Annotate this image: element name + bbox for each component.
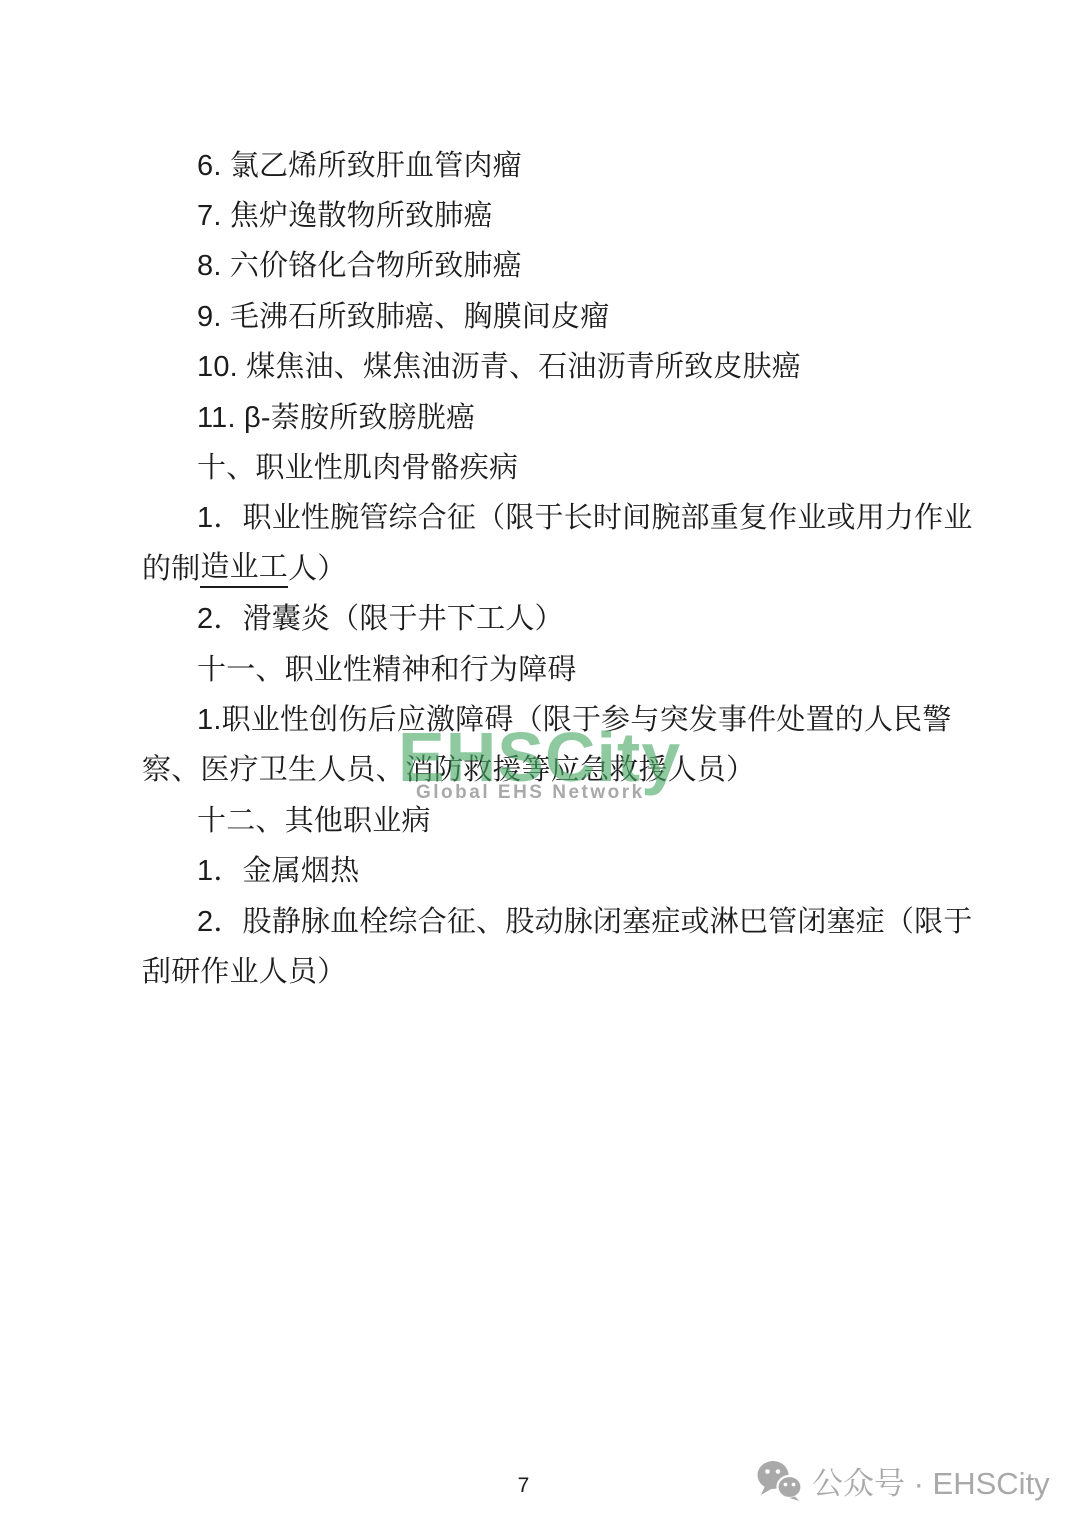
text-segment: 的制: [142, 546, 200, 587]
text-line: 9. 毛沸石所致肺癌、胸膜间皮瘤: [142, 289, 952, 339]
section-heading: 十一、职业性精神和行为障碍: [142, 642, 952, 692]
underlined-text: 造业工: [200, 544, 288, 588]
text-line: 刮研作业人员）: [142, 944, 952, 994]
wechat-footer: 公众号 · EHSCity: [756, 1458, 1050, 1503]
text-line: 10. 煤焦油、煤焦油沥青、石油沥青所致皮肤癌: [142, 340, 952, 390]
text-line: 察、医疗卫生人员、消防救援等应急救援人员）: [142, 743, 952, 793]
document-page: 6. 氯乙烯所致肝血管肉瘤 7. 焦炉逸散物所致肺癌 8. 六价铬化合物所致肺癌…: [0, 0, 1080, 1527]
text-line: 6. 氯乙烯所致肝血管肉瘤: [142, 138, 952, 188]
section-heading: 十二、其他职业病: [142, 793, 952, 843]
text-segment: 人）: [288, 546, 346, 587]
text-line: 8. 六价铬化合物所致肺癌: [142, 239, 952, 289]
text-line: 的制造业工人）: [142, 541, 952, 591]
text-line: 1．金属烟热: [142, 843, 952, 893]
text-line: 2．滑囊炎（限于井下工人）: [142, 592, 952, 642]
document-body: 6. 氯乙烯所致肝血管肉瘤 7. 焦炉逸散物所致肺癌 8. 六价铬化合物所致肺癌…: [142, 138, 952, 995]
text-line: 7. 焦炉逸散物所致肺癌: [142, 188, 952, 238]
text-line: 1．职业性腕管综合征（限于长时间腕部重复作业或用力作业: [142, 491, 952, 541]
text-line: 11. β-萘胺所致膀胱癌: [142, 390, 952, 440]
text-line: 1.职业性创伤后应激障碍（限于参与突发事件处置的人民警: [142, 692, 952, 742]
wechat-icon: [756, 1460, 803, 1501]
text-line: 2．股静脉血栓综合征、股动脉闭塞症或淋巴管闭塞症（限于: [142, 894, 952, 944]
wechat-account-label: 公众号 · EHSCity: [812, 1458, 1050, 1503]
section-heading: 十、职业性肌肉骨骼疾病: [142, 440, 952, 490]
